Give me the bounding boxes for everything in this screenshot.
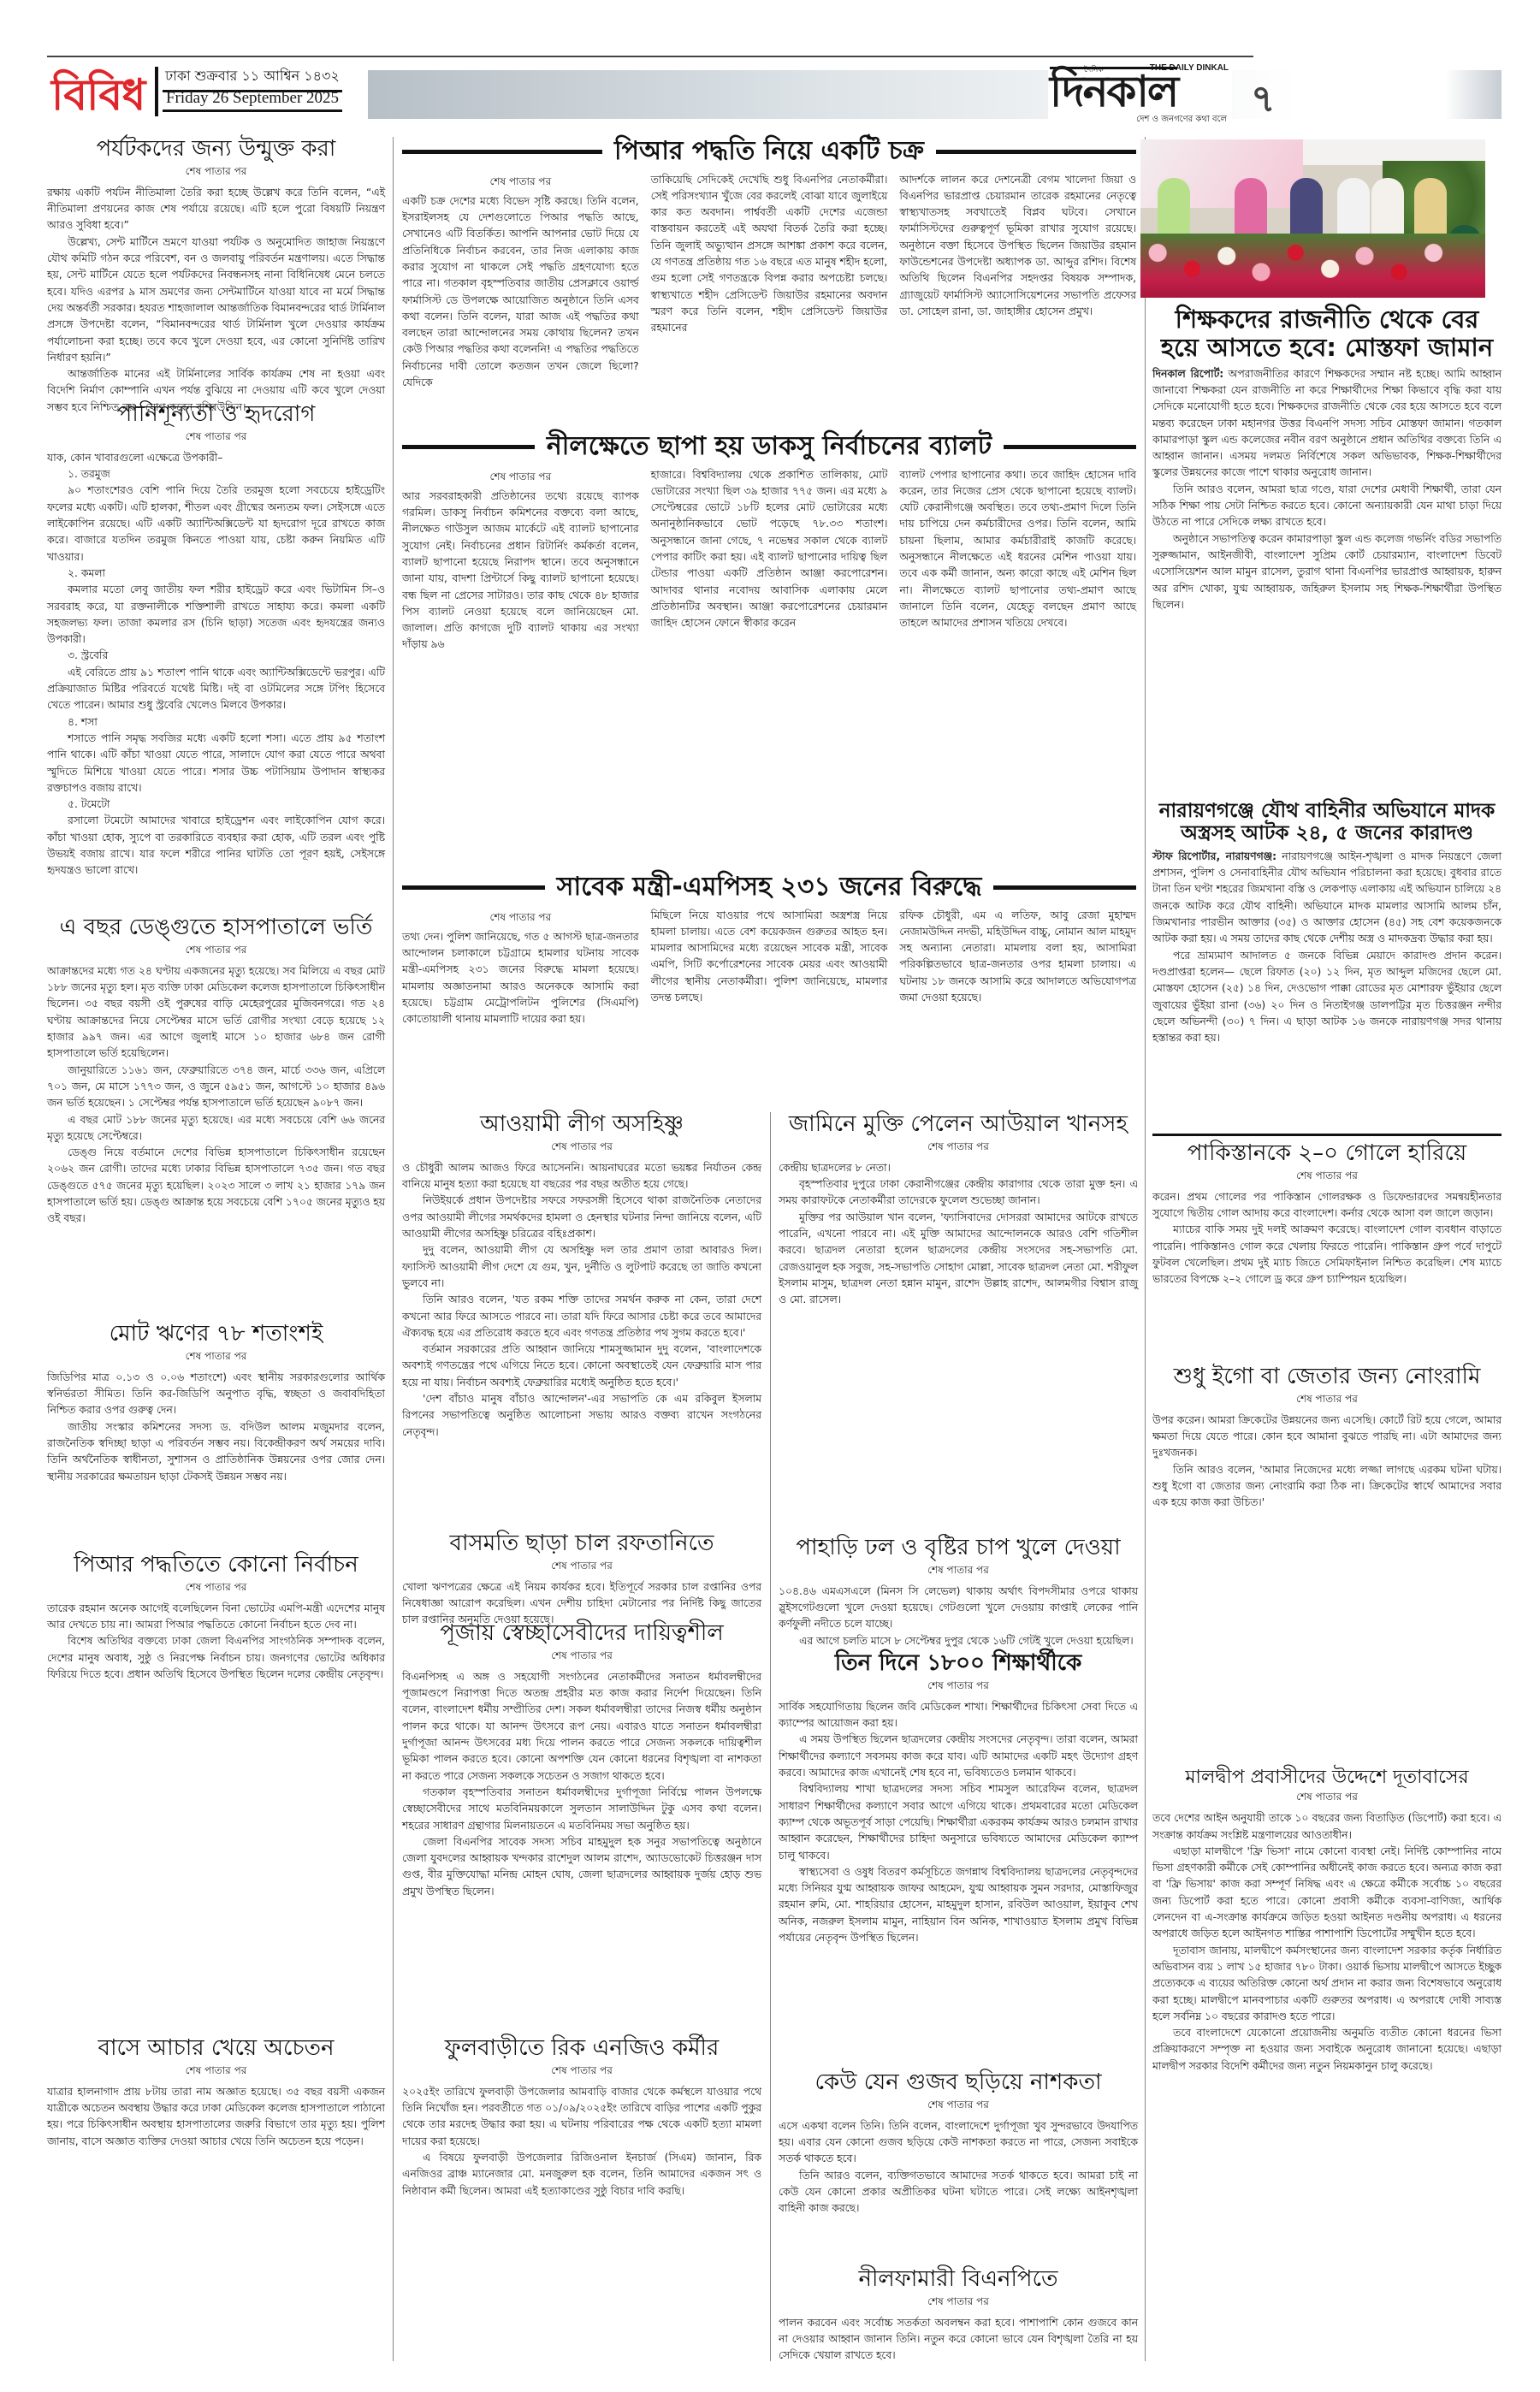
article-puja: পূজায় স্বেচ্ছাসেবীদের দায়িত্বশীল শেষ প… xyxy=(402,1621,761,1900)
article-teachers-politics: শিক্ষকদের রাজনীতি থেকে বের হয়ে আসতে হবে… xyxy=(1152,305,1501,613)
byline: স্টাফ রিপোর্টার, নারায়ণগঞ্জ: xyxy=(1152,850,1276,862)
headline: ফুলবাড়ীতে রিক এনজিও কর্মীর xyxy=(402,2036,761,2062)
article-bus: বাসে আচার খেয়ে অচেতন শেষ পাতার পর যাত্র… xyxy=(47,2036,385,2150)
article-debt: মোট ঋণের ৭৮ শতাংশই শেষ পাতার পর জিডিপির … xyxy=(47,1322,385,1485)
headline: জামিনে মুক্তি পেলেন আউয়াল খানসহ xyxy=(779,1112,1138,1138)
headline: পিআর পদ্ধতিতে কোনো নির্বাচন xyxy=(47,1553,385,1578)
article-awami-league: আওয়ামী লীগ অসহিষ্ণু শেষ পাতার পর ও চৌধু… xyxy=(402,1112,761,1441)
article-body: জিডিপির মাত্র ০.১৩ ও ০.০৬ শতাংশে) এবং স্… xyxy=(47,1370,385,1485)
headline: পিআর পদ্ধতি নিয়ে একটি চক্র xyxy=(614,137,924,167)
section-rule xyxy=(1152,1134,1501,1136)
masthead-band xyxy=(368,70,1501,119)
continued-label: শেষ পাতার পর xyxy=(779,2294,1138,2312)
continued-label: শেষ পাতার পর xyxy=(47,1580,385,1597)
continued-label: শেষ পাতার পর xyxy=(47,164,385,181)
continued-label: শেষ পাতার পর xyxy=(47,943,385,960)
headline: কেউ যেন গুজব ছড়িয়ে নাশকতা xyxy=(779,2070,1138,2096)
headline: নীলফামারী বিএনপিতে xyxy=(779,2267,1138,2293)
article-body: সার্বিক সহযোগিতায় ছিলেন জবি মেডিকেল শাখ… xyxy=(779,1699,1138,1946)
headline: নীলক্ষেতে ছাপা হয় ডাকসু নির্বাচনের ব্যা… xyxy=(547,432,992,462)
article-body: করেন। প্রথম গোলের পর পাকিস্তান গোলরক্ষক … xyxy=(1152,1189,1501,1288)
continued-label: শেষ পাতার পর xyxy=(779,1563,1138,1580)
headline: তিন দিনে ১৮০০ শিক্ষার্থীকে xyxy=(779,1651,1138,1677)
article-body: কেন্দ্রীয় ছাত্রদলের ৮ নেতা। বৃহস্পতিবার… xyxy=(779,1160,1138,1309)
headline: পাকিস্তানকে ২–০ গোলে হারিয়ে xyxy=(1152,1141,1501,1167)
article-body: বিএনপিসহ এ অঙ্গ ও সহযোগী সংগঠনের নেতাকর্… xyxy=(402,1669,761,1900)
paper-tagline: দেশ ও জনগণের কথা বলে xyxy=(1136,113,1227,127)
article-pr-cycle: পিআর পদ্ধতি নিয়ে একটি চক্র শেষ পাতার পর… xyxy=(402,137,1136,391)
headline-rule xyxy=(402,885,545,890)
continued-label: শেষ পাতার পর xyxy=(47,2063,385,2081)
article-body: পালন করবেন এবং সর্বোচ্চ সতর্কতা অবলম্বন … xyxy=(779,2315,1138,2365)
event-photo xyxy=(1140,139,1485,298)
article-nilphamari: নীলফামারী বিএনপিতে শেষ পাতার পর পালন করব… xyxy=(779,2267,1138,2365)
continued-label: শেষ পাতার পর xyxy=(402,1559,761,1576)
article-body: তবে দেশের আইন অনুযায়ী তাকে ১০ বছরের জন্… xyxy=(1152,1810,1501,2075)
article-tourists: পর্যটকদের জন্য উন্মুক্ত করা শেষ পাতার পর… xyxy=(47,137,385,416)
article-body: স্টাফ রিপোর্টার, নারায়ণগঞ্জ: নারায়ণগঞ্… xyxy=(1152,849,1501,1047)
article-dengue: এ বছর ডেঙ্গুতে হাসপাতালে ভর্তি শেষ পাতার… xyxy=(47,915,385,1228)
continued-label: শেষ পাতার পর xyxy=(779,1140,1138,1157)
headline-rule xyxy=(993,885,1136,890)
headline-rule xyxy=(402,150,602,154)
headline: এ বছর ডেঙ্গুতে হাসপাতালে ভর্তি xyxy=(47,915,385,941)
headline: বাসে আচার খেয়ে অচেতন xyxy=(47,2036,385,2062)
article-ducsu: নীলক্ষেতে ছাপা হয় ডাকসু নির্বাচনের ব্যা… xyxy=(402,432,1136,654)
headline-line-1: শিক্ষকদের রাজনীতি থেকে বের xyxy=(1152,305,1501,334)
article-narayanganj: নারায়ণগঞ্জে যৌথ বাহিনীর অভিযানে মাদক অস… xyxy=(1152,800,1501,1046)
newspaper-page: বিবিধ ঢাকা শুক্রবার ১১ আশ্বিন ১৪৩২ Frida… xyxy=(47,51,1501,2378)
article-body: ২০২৫ইং তারিখে ফুলবাড়ী উপজেলার আমবাড়ি ব… xyxy=(402,2084,761,2200)
article-columns: শেষ পাতার পরতথ্য দেন। পুলিশ জানিয়েছে, গ… xyxy=(402,908,1136,1028)
article-pr-election: পিআর পদ্ধতিতে কোনো নির্বাচন শেষ পাতার পর… xyxy=(47,1553,385,1683)
article-maldives: মালদ্বীপ প্রবাসীদের উদ্দেশে দূতাবাসের শে… xyxy=(1152,1767,1501,2075)
article-bail: জামিনে মুক্তি পেলেন আউয়াল খানসহ শেষ পাত… xyxy=(779,1112,1138,1309)
column-divider xyxy=(393,137,394,2361)
article-body: যাত্রার হালনাগাদ প্রায় ৮টায় তারা নাম অ… xyxy=(47,2084,385,2150)
headline: পূজায় স্বেচ্ছাসেবীদের দায়িত্বশীল xyxy=(402,1621,761,1647)
continued-label: শেষ পাতার পর xyxy=(779,2098,1138,2115)
article-body: ১০৪.৪৬ এমএসএলে (মিনস সি লেভেল) থাকায় অর… xyxy=(779,1584,1138,1649)
continued-label: শেষ পাতার পর xyxy=(1152,1169,1501,1186)
continued-label: শেষ পাতার পর xyxy=(1152,1790,1501,1807)
article-pakistan: পাকিস্তানকে ২–০ গোলে হারিয়ে শেষ পাতার প… xyxy=(1152,1134,1501,1288)
article-former-ministers: সাবেক মন্ত্রী-এমপিসহ ২৩১ জনের বিরুদ্ধে শ… xyxy=(402,873,1136,1028)
article-body: তারেক রহমান অনেক আগেই বলেছিলেন বিনা ভোটে… xyxy=(47,1601,385,1683)
headline-rule xyxy=(402,445,535,449)
article-ngo: ফুলবাড়ীতে রিক এনজিও কর্মীর শেষ পাতার পর… xyxy=(402,2036,761,2200)
continued-label: শেষ পাতার পর xyxy=(402,1140,761,1157)
article-columns: শেষ পাতার পরআর সরবরাহকারী প্রতিষ্ঠানের ত… xyxy=(402,467,1136,654)
masthead: বিবিধ ঢাকা শুক্রবার ১১ আশ্বিন ১৪৩২ Frida… xyxy=(47,62,1501,126)
headline: পানিশূন্যতা ও হৃদরোগ xyxy=(47,402,385,428)
date-english: Friday 26 September 2025 xyxy=(163,89,342,112)
article-body: যাক, কোন খাবারগুলো এক্ষেত্রে উপকারী– ১. … xyxy=(47,450,385,879)
headline: শুধু ইগো বা জেতার জন্য নোংরামি xyxy=(1152,1365,1501,1390)
continued-label: শেষ পাতার পর xyxy=(1152,1392,1501,1409)
continued-label: শেষ পাতার পর xyxy=(402,2063,761,2081)
paper-logo: দৈনিক THE DAILY DINKAL দিনকাল দেশ ও জনগণ… xyxy=(1048,60,1232,128)
article-body: এসে একথা বলেন তিনি। তিনি বলেন, বাংলাদেশে… xyxy=(779,2118,1138,2217)
article-body: ও চৌধুরী আলম আজও ফিরে আসেননি। আয়নাঘরের … xyxy=(402,1160,761,1441)
column-divider xyxy=(1145,137,1146,2361)
article-rumor: কেউ যেন গুজব ছড়িয়ে নাশকতা শেষ পাতার পর… xyxy=(779,2070,1138,2217)
headline: আওয়ামী লীগ অসহিষ্ণু xyxy=(402,1112,761,1138)
article-basmati: বাসমতি ছাড়া চাল রফতানিতে শেষ পাতার পর খ… xyxy=(402,1531,761,1629)
top-rule xyxy=(47,56,1253,57)
headline-line-2: অস্ত্রসহ আটক ২৪, ৫ জনের কারাদণ্ড xyxy=(1152,822,1501,844)
headline-line-1: নারায়ণগঞ্জে যৌথ বাহিনীর অভিযানে মাদক xyxy=(1152,800,1501,822)
headline: বাসমতি ছাড়া চাল রফতানিতে xyxy=(402,1531,761,1557)
continued-label: শেষ পাতার পর xyxy=(402,1649,761,1666)
article-heart: পানিশূন্যতা ও হৃদরোগ শেষ পাতার পর যাক, ক… xyxy=(47,402,385,879)
article-body: উপর করেন। আমরা ক্রিকেটের উন্নয়নের জন্য … xyxy=(1152,1412,1501,1512)
article-students-1800: তিন দিনে ১৮০০ শিক্ষার্থীকে শেষ পাতার পর … xyxy=(779,1651,1138,1946)
page-number: ৭ xyxy=(1251,70,1276,133)
continued-label: শেষ পাতার পর xyxy=(47,1349,385,1366)
headline: পাহাড়ি ঢল ও বৃষ্টির চাপ খুলে দেওয়া xyxy=(779,1536,1138,1561)
continued-label: শেষ পাতার পর xyxy=(779,1679,1138,1696)
headline: পর্যটকদের জন্য উন্মুক্ত করা xyxy=(47,137,385,163)
headline: মোট ঋণের ৭৮ শতাংশই xyxy=(47,1322,385,1347)
headline: মালদ্বীপ প্রবাসীদের উদ্দেশে দূতাবাসের xyxy=(1152,1767,1501,1788)
column-divider xyxy=(770,1112,771,2361)
headline-line-2: হয়ে আসতে হবে: মোস্তফা জামান xyxy=(1152,334,1501,362)
masthead-divider xyxy=(155,67,158,116)
headline: সাবেক মন্ত্রী-এমপিসহ ২৩১ জনের বিরুদ্ধে xyxy=(557,873,982,903)
continued-label: শেষ পাতার পর xyxy=(47,429,385,447)
article-body: দিনকাল রিপোর্ট: অপরাজনীতির কারণে শিক্ষকদ… xyxy=(1152,366,1501,613)
headline-rule xyxy=(1004,445,1136,449)
headline-rule xyxy=(936,150,1136,154)
article-body: আক্রান্তদের মধ্যে গত ২৪ ঘণ্টায় একজনের ম… xyxy=(47,963,385,1228)
byline: দিনকাল রিপোর্ট: xyxy=(1152,368,1223,380)
article-egos: শুধু ইগো বা জেতার জন্য নোংরামি শেষ পাতার… xyxy=(1152,1365,1501,1512)
paper-name: দিনকাল xyxy=(1050,67,1177,114)
article-body: রক্ষায় একটি পর্যটন নীতিমালা তৈরি করা হচ… xyxy=(47,185,385,416)
section-name: বিবিধ xyxy=(51,63,145,134)
article-columns: শেষ পাতার পরএকটি চক্র দেশের মধ্যে বিভেদ … xyxy=(402,172,1136,392)
article-landslide: পাহাড়ি ঢল ও বৃষ্টির চাপ খুলে দেওয়া শেষ… xyxy=(779,1536,1138,1649)
